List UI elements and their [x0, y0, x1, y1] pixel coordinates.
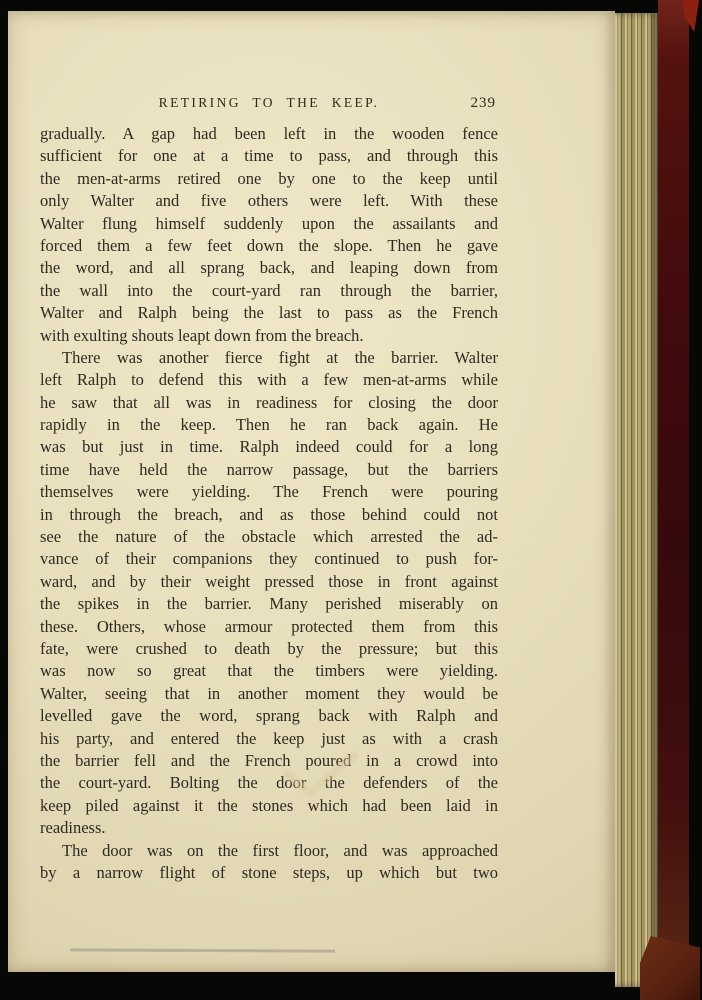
page-fore-edges: [615, 13, 658, 987]
text-line: levelled gave the word, sprang back with…: [40, 705, 498, 727]
text-line: readiness.: [40, 817, 498, 839]
text-line: was now so great that the timbers were y…: [40, 660, 498, 682]
text-line: his party, and entered the keep just as …: [40, 728, 498, 750]
page-number: 239: [471, 95, 497, 112]
text-line: the spikes in the barrier. Many perished…: [40, 593, 498, 615]
text-line: rapidly in the keep. Then he ran back ag…: [40, 414, 498, 436]
text-line: see the nature of the obstacle which arr…: [40, 526, 498, 548]
text-line: the wall into the court-yard ran through…: [40, 280, 498, 302]
pencil-mark: [278, 749, 368, 809]
text-line: only Walter and five others were left. W…: [40, 190, 498, 212]
book-cover-cloth: [658, 0, 689, 1000]
cover-bottom-corner: [640, 936, 700, 1000]
text-line: was but just in time. Ralph indeed could…: [40, 436, 498, 458]
text-line: the men-at-arms retired one by one to th…: [40, 168, 498, 190]
running-header: RETIRING TO THE KEEP.: [40, 95, 498, 111]
text-line: gradually. A gap had been left in the wo…: [40, 123, 498, 145]
text-line: forced them a few feet down the slope. T…: [40, 235, 498, 257]
text-line: themselves were yielding. The French wer…: [40, 481, 498, 503]
text-line: these. Others, whose armour protected th…: [40, 616, 498, 638]
text-line: ward, and by their weight pressed those …: [40, 571, 498, 593]
text-line: sufficient for one at a time to pass, an…: [40, 145, 498, 167]
text-line: in through the breach, and as those behi…: [40, 504, 498, 526]
text-line: Walter and Ralph being the last to pass …: [40, 302, 498, 324]
page-text: gradually. A gap had been left in the wo…: [40, 123, 498, 884]
text-line: with exulting shouts leapt down from the…: [40, 325, 498, 347]
text-line: he saw that all was in readiness for clo…: [40, 392, 498, 414]
text-line: Walter, seeing that in another moment th…: [40, 683, 498, 705]
text-line: Walter flung himself suddenly upon the a…: [40, 213, 498, 235]
running-head-row: RETIRING TO THE KEEP. 239: [40, 95, 498, 115]
text-line: the barrier fell and the French poured i…: [40, 750, 498, 772]
text-line: The door was on the first floor, and was…: [40, 840, 498, 862]
text-line: vance of their companions they continued…: [40, 548, 498, 570]
text-line: There was another fierce fight at the ba…: [40, 347, 498, 369]
text-line: the word, and all sprang back, and leapi…: [40, 257, 498, 279]
text-line: time have held the narrow passage, but t…: [40, 459, 498, 481]
text-line: keep piled against it the stones which h…: [40, 795, 498, 817]
text-line: fate, were crushed to death by the press…: [40, 638, 498, 660]
text-line: left Ralph to defend this with a few men…: [40, 369, 498, 391]
book-page: RETIRING TO THE KEEP. 239 gradually. A g…: [8, 11, 615, 972]
text-line: the court-yard. Bolting the door the def…: [40, 772, 498, 794]
text-line: by a narrow flight of stone steps, up wh…: [40, 862, 498, 884]
